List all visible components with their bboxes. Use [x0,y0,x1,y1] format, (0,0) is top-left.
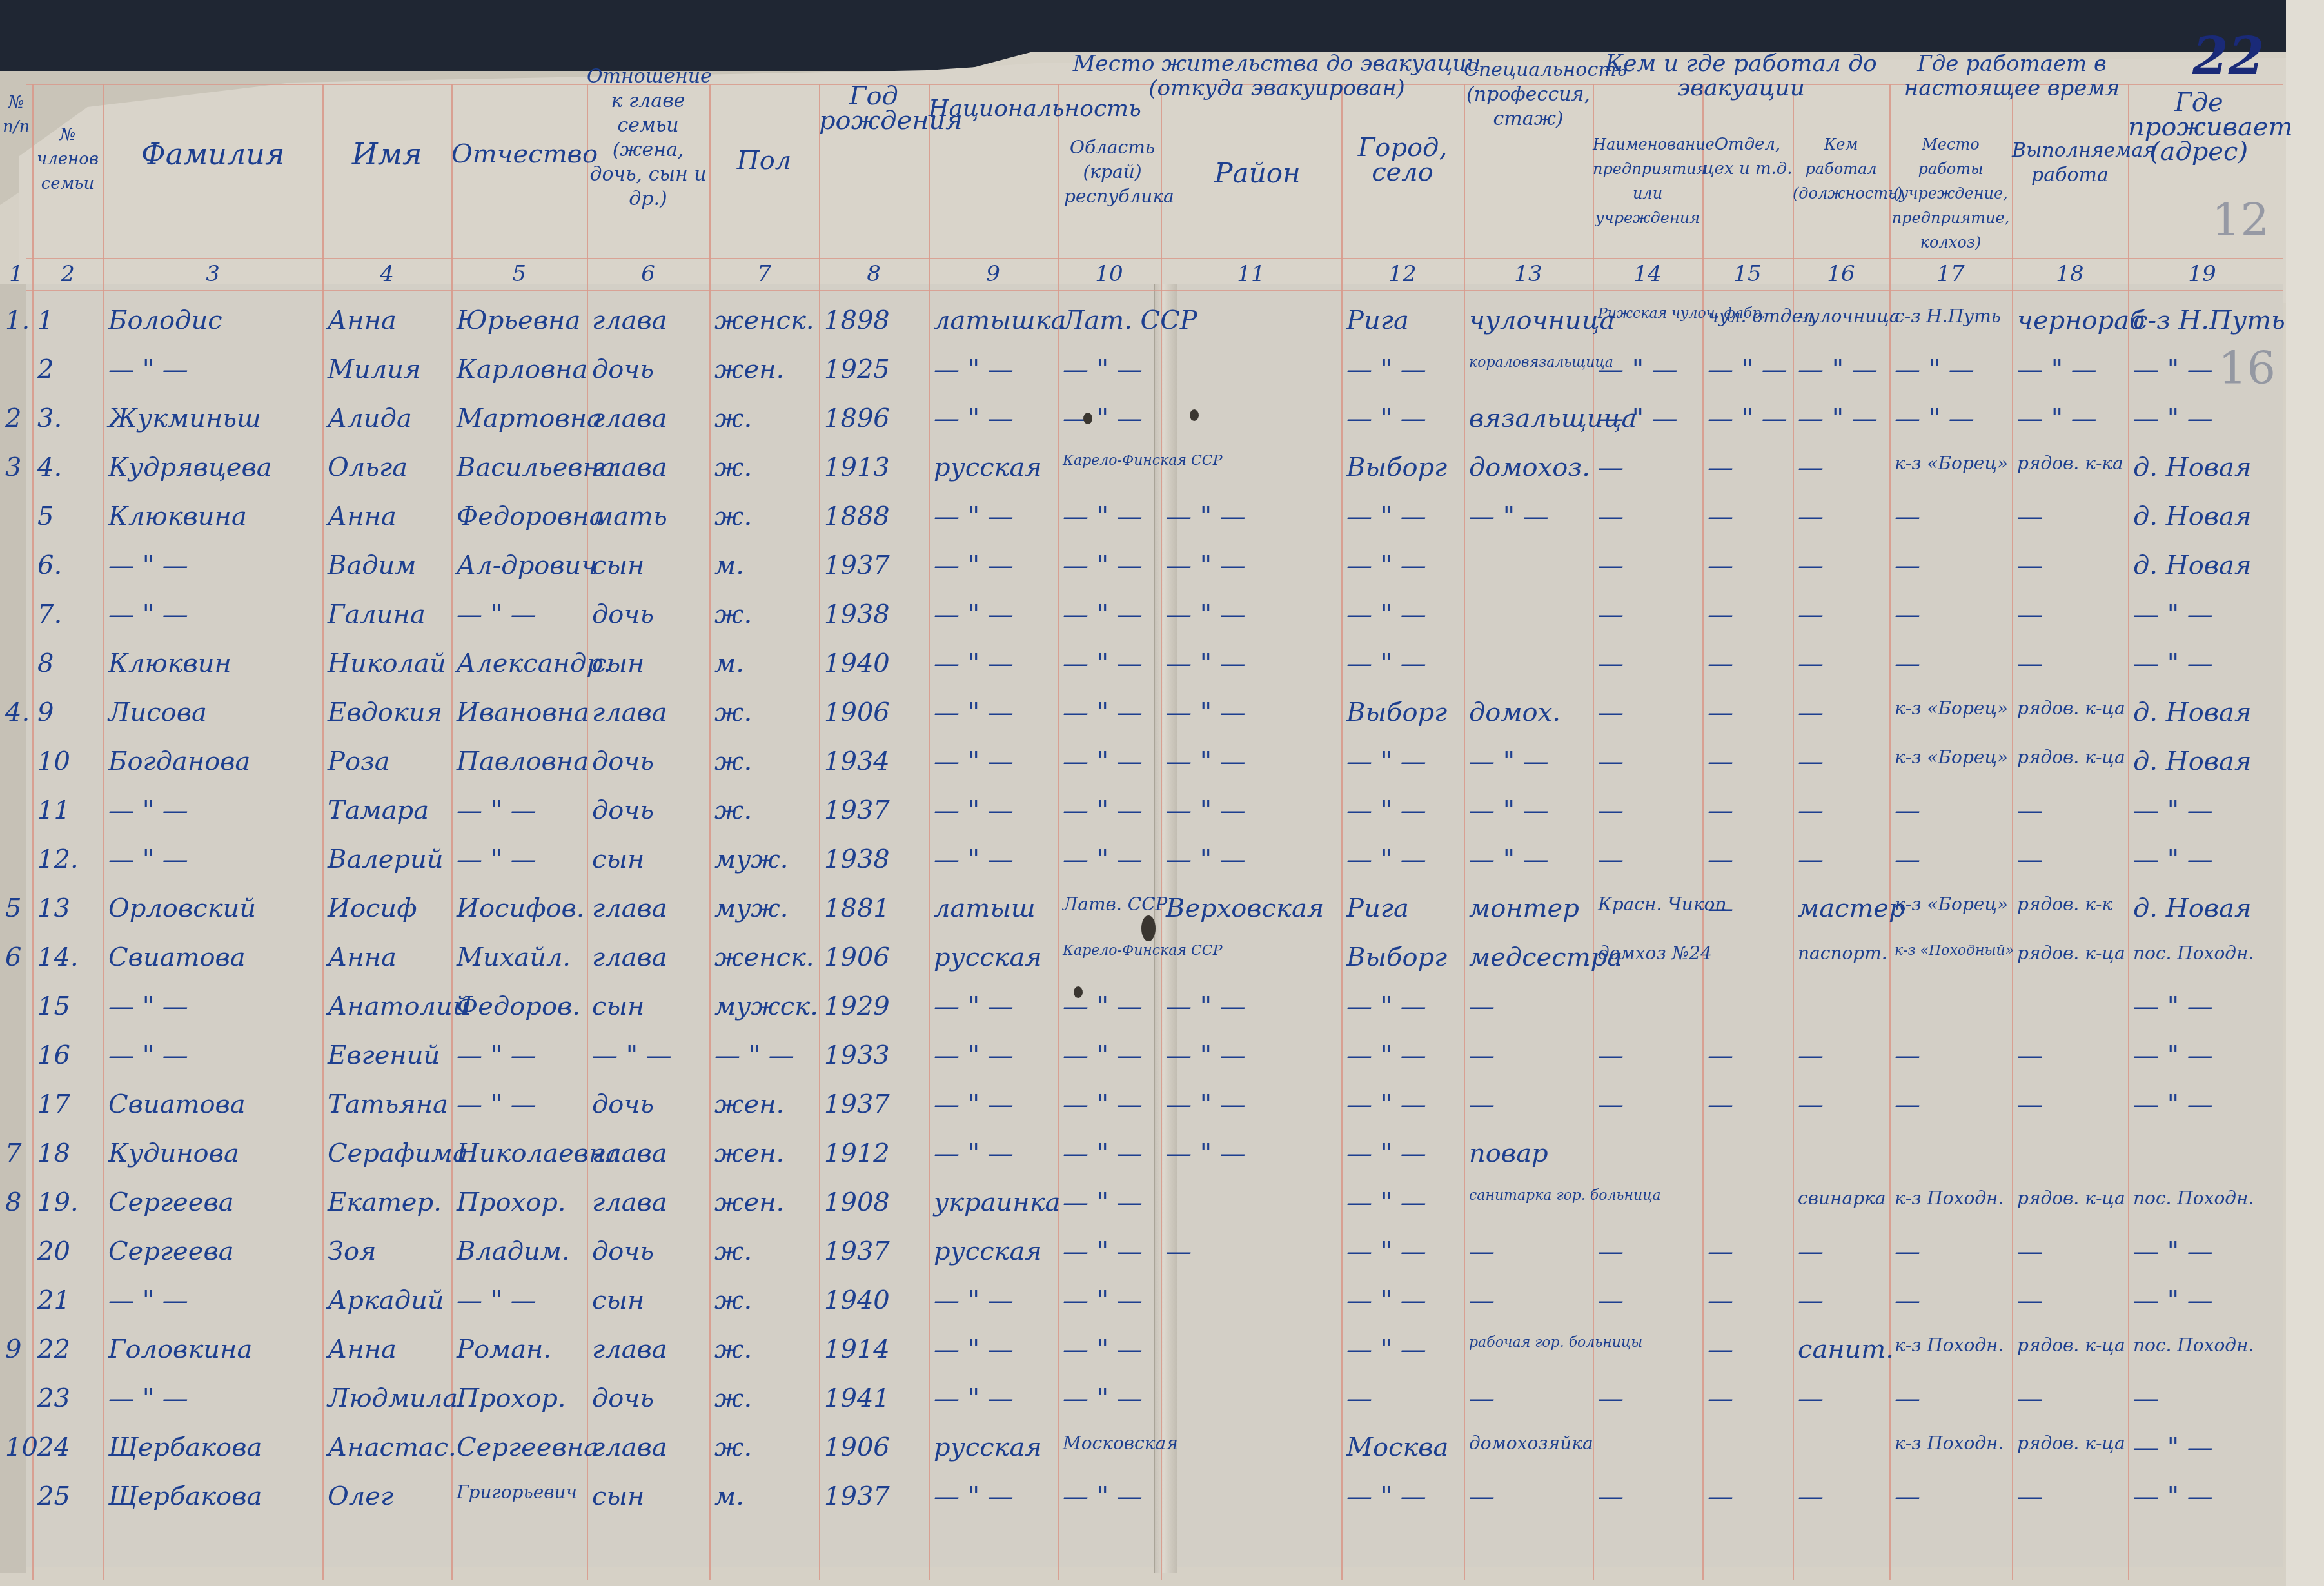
cell-address: — " — [2133,649,2275,678]
cell-enterprise: — [1598,698,1701,727]
cell-n: 14. [37,943,102,972]
cell-enterprise: — [1598,649,1701,678]
cell-nationality: украинка [934,1188,1056,1217]
cell-work-now: — [1895,1041,2011,1070]
cell-name: Анна [328,1335,450,1364]
header-rule [26,290,2283,291]
column-rule [929,84,930,1580]
column-number: 19 [2128,261,2276,287]
cell-job-now: — [2017,796,2127,825]
cell-dept: чул. отдел [1708,306,1791,327]
cell-patronymic: Николаевна [457,1139,586,1168]
cell-enterprise: — [1598,502,1701,531]
cell-year: 1933 [824,1041,927,1070]
cell-year: 1937 [824,1482,927,1511]
row-rule [26,1375,2283,1375]
cell-address: — " — [2133,992,2275,1021]
cell-address: — " — [2133,1482,2275,1511]
cell-year: 1938 [824,845,927,874]
cell-region: — " — [1063,355,1159,384]
row-rule [26,983,2283,983]
header-patronymic: Отчество [451,142,587,166]
row-rule [26,444,2283,444]
cell-fam: 6 [5,943,31,972]
cell-n: 1 [37,306,102,335]
cell-job-now: — [2017,1286,2127,1315]
cell-position: — [1798,1384,1888,1413]
cell-region: — " — [1063,1041,1159,1070]
header-work-place: Место работы (учреждение, предприятие, к… [1889,132,2012,255]
cell-job-now: чернораб [2017,306,2127,335]
cell-name: Евгений [328,1041,450,1070]
binding-hole [1074,986,1083,998]
cell-dept: — [1708,600,1791,629]
cell-specialty: — [1469,992,1591,1021]
cell-patronymic: Владим. [457,1237,586,1266]
cell-surname: Свиатова [108,1090,321,1119]
column-rule [587,84,588,1580]
cell-relation: глава [592,1188,708,1217]
cell-n: 20 [37,1237,102,1266]
cell-region: — " — [1063,1188,1159,1217]
cell-year: 1941 [824,1384,927,1413]
cell-sex: муж. [714,894,818,923]
cell-job-now: — [2017,502,2127,531]
header-surname: Фамилия [103,142,322,166]
cell-name: Анастас. [328,1433,450,1462]
cell-year: 1938 [824,600,927,629]
cell-nationality: русская [934,453,1056,482]
header-position: Кем работал (должность) [1793,132,1889,206]
cell-specialty: — [1469,1237,1591,1266]
cell-address: — " — [2133,1237,2275,1266]
cell-fam: 2 [5,404,31,433]
cell-n: 9 [37,698,102,727]
cell-dept: — [1708,1237,1791,1266]
register-sheet: № п/п № членов семьи Фамилия Имя Отчеств… [0,0,2324,1586]
cell-patronymic: — " — [457,796,586,825]
column-rule [103,84,104,1580]
row-rule [26,493,2283,493]
cell-n: 23 [37,1384,102,1413]
cell-address: — " — [2133,404,2275,433]
row-rule [26,836,2283,836]
cell-address: д. Новая [2133,747,2275,776]
cell-n: 8 [37,649,102,678]
row-rule [26,885,2283,885]
cell-city: — [1346,1384,1462,1413]
cell-year: 1925 [824,355,927,384]
cell-work-now: к-з «Походный» [1895,943,2011,959]
cell-position: — [1798,1041,1888,1070]
row-rule [26,787,2283,787]
cell-surname: Клюквина [108,502,321,531]
header-group-residence: Место жительства до эвакуации (откуда эв… [1070,52,1483,101]
header-col2: № членов семьи [32,122,103,196]
cell-name: Татьяна [328,1090,450,1119]
cell-surname: — " — [108,1286,321,1315]
row-rule [26,1522,2283,1522]
cell-address: с-з Н.Путь [2133,306,2275,335]
cell-region: — " — [1063,1237,1159,1266]
cell-district: — " — [1166,796,1340,825]
cell-city: — " — [1346,1286,1462,1315]
cell-position: — [1798,649,1888,678]
cell-nationality: — " — [934,1482,1056,1511]
cell-year: 1913 [824,453,927,482]
cell-dept: — [1708,1090,1791,1119]
cell-n: 2 [37,355,102,384]
cell-sex: м. [714,649,818,678]
cell-enterprise: — [1598,1237,1701,1266]
cell-fam: 3 [5,453,31,482]
cell-surname: Жукминьш [108,404,321,433]
cell-year: 1881 [824,894,927,923]
cell-dept: — [1708,1041,1791,1070]
cell-nationality: — " — [934,1139,1056,1168]
page-number: 22 [2192,26,2264,86]
cell-district: — " — [1166,992,1340,1021]
cell-job-now: — [2017,1237,2127,1266]
cell-relation: дочь [592,1384,708,1413]
cell-specialty: — [1469,1286,1591,1315]
cell-city: — " — [1346,1237,1462,1266]
cell-city: — " — [1346,355,1462,384]
cell-work-now: к-з Походн. [1895,1433,2011,1454]
cell-address: пос. Походн. [2133,1335,2275,1356]
cell-relation: глава [592,1433,708,1462]
column-number: 12 [1341,261,1464,287]
cell-surname: — " — [108,796,321,825]
cell-work-now: — [1895,1384,2011,1413]
header-specialty: Специальность (профессия, стаж) [1464,58,1593,132]
cell-relation: глава [592,306,708,335]
cell-city: — " — [1346,845,1462,874]
cell-fam: 9 [5,1335,31,1364]
cell-position: чулочница [1798,306,1888,327]
cell-city: — " — [1346,1139,1462,1168]
cell-name: Зоя [328,1237,450,1266]
cell-city: — " — [1346,1188,1462,1217]
cell-relation: дочь [592,1237,708,1266]
cell-patronymic: — " — [457,1090,586,1119]
cell-enterprise: — [1598,1286,1701,1315]
cell-city: Москва [1346,1433,1462,1462]
cell-surname: Сергеева [108,1188,321,1217]
cell-job-now: — [2017,1041,2127,1070]
column-number: 1 [0,261,32,287]
column-rule [451,84,453,1580]
cell-name: Евдокия [328,698,450,727]
cell-n: 22 [37,1335,102,1364]
cell-region: — " — [1063,796,1159,825]
cell-city: — " — [1346,1090,1462,1119]
cell-region: — " — [1063,404,1159,433]
cell-sex: жен. [714,1139,818,1168]
column-rule [2012,84,2013,1580]
cell-nationality: русская [934,943,1056,972]
cell-district: — " — [1166,600,1340,629]
cell-dept: — [1708,1286,1791,1315]
cell-position: — [1798,845,1888,874]
cell-patronymic: — " — [457,600,586,629]
cell-relation: дочь [592,600,708,629]
cell-enterprise: — [1598,845,1701,874]
cell-job-now: — [2017,1090,2127,1119]
cell-position: — " — [1798,355,1888,384]
cell-name: Ольга [328,453,450,482]
cell-specialty: вязальщица [1469,404,1591,433]
cell-specialty: домохоз. [1469,453,1591,482]
cell-specialty: домох. [1469,698,1591,727]
cell-address: — " — [2133,796,2275,825]
cell-year: 1906 [824,698,927,727]
cell-name: Людмила [328,1384,450,1413]
cell-work-now: — [1895,649,2011,678]
cell-position: — [1798,1482,1888,1511]
cell-district: Верховская [1166,894,1340,923]
cell-city: — " — [1346,796,1462,825]
cell-position: — [1798,600,1888,629]
cell-surname: Богданова [108,747,321,776]
cell-region: — " — [1063,1384,1159,1413]
cell-n: 21 [37,1286,102,1315]
header-address: Где проживает (адрес) [2128,90,2270,164]
cell-job-now: — [2017,551,2127,580]
cell-region: — " — [1063,1286,1159,1315]
cell-year: 1937 [824,1237,927,1266]
cell-address: д. Новая [2133,502,2275,531]
cell-position: — [1798,747,1888,776]
cell-nationality: — " — [934,845,1056,874]
cell-work-now: — " — [1895,404,2011,433]
cell-relation: глава [592,943,708,972]
cell-sex: мужск. [714,992,818,1021]
cell-year: 1934 [824,747,927,776]
cell-address: пос. Походн. [2133,1188,2275,1209]
column-rule [1464,84,1465,1580]
cell-sex: женск. [714,943,818,972]
cell-region: Карело-Финская ССР [1063,453,1159,469]
cell-surname: — " — [108,1384,321,1413]
cell-year: 1896 [824,404,927,433]
cell-name: Милия [328,355,450,384]
column-number: 14 [1593,261,1702,287]
cell-year: 1940 [824,649,927,678]
column-number: 15 [1702,261,1793,287]
cell-job-now: рядов. к-ка [2017,453,2127,474]
cell-work-now: — [1895,1482,2011,1511]
cell-city: Рига [1346,306,1462,335]
cell-year: 1929 [824,992,927,1021]
cell-nationality: — " — [934,355,1056,384]
cell-enterprise: Красн. Чикоп [1598,894,1701,915]
cell-work-now: к-з «Борец» [1895,698,2011,719]
column-number: 17 [1889,261,2012,287]
cell-sex: м. [714,1482,818,1511]
cell-name: Галина [328,600,450,629]
column-rule [709,84,711,1580]
cell-name: Николай [328,649,450,678]
row-rule [26,1277,2283,1277]
cell-sex: ж. [714,1286,818,1315]
cell-city: — " — [1346,600,1462,629]
row-rule [26,1228,2283,1228]
cell-job-now: рядов. к-ца [2017,698,2127,719]
column-rule [819,84,820,1580]
header-district: Район [1180,161,1335,186]
cell-n: 11 [37,796,102,825]
column-number: 4 [322,261,451,287]
cell-dept: — [1708,698,1791,727]
row-rule [26,346,2283,346]
cell-work-now: к-з «Борец» [1895,747,2011,768]
cell-relation: сын [592,551,708,580]
cell-n: 7. [37,600,102,629]
cell-specialty: домохозяйка [1469,1433,1591,1454]
cell-surname: Головкина [108,1335,321,1364]
cell-n: 16 [37,1041,102,1070]
header-rule [26,258,2283,259]
cell-relation: глава [592,1139,708,1168]
cell-specialty: — [1469,1384,1591,1413]
cell-n: 4. [37,453,102,482]
cell-dept: — [1708,502,1791,531]
cell-district: — " — [1166,1041,1340,1070]
cell-district: — " — [1166,698,1340,727]
cell-work-now: — [1895,502,2011,531]
cell-city: Выборг [1346,453,1462,482]
row-rule [26,542,2283,542]
cell-n: 17 [37,1090,102,1119]
cell-patronymic: — " — [457,1286,586,1315]
column-rule [1341,84,1343,1580]
header-job: Выполняемая работа [2012,139,2128,188]
cell-work-now: — [1895,1237,2011,1266]
next-page-edge [2286,0,2324,1586]
binding-spine [1154,284,1177,1573]
cell-position: свинарка [1798,1188,1888,1209]
cell-nationality: — " — [934,1090,1056,1119]
cell-dept: — [1708,551,1791,580]
cell-relation: глава [592,404,708,433]
cell-job-now: — [2017,1482,2127,1511]
cell-year: 1914 [824,1335,927,1364]
cell-patronymic: Ивановна [457,698,586,727]
cell-position: — [1798,453,1888,482]
cell-n: 12. [37,845,102,874]
column-number: 5 [451,261,587,287]
header-region: Область (край) республика [1064,135,1161,209]
cell-sex: ж. [714,1384,818,1413]
cell-year: 1940 [824,1286,927,1315]
cell-region: — " — [1063,649,1159,678]
row-rule [26,297,2283,297]
header-sex: Пол [709,148,819,173]
cell-sex: — " — [714,1041,818,1070]
cell-surname: Клюквин [108,649,321,678]
cell-fam: 7 [5,1139,31,1168]
cell-region: — " — [1063,1139,1159,1168]
cell-position: — [1798,796,1888,825]
cell-work-now: — [1895,1286,2011,1315]
row-rule [26,1179,2283,1179]
cell-relation: глава [592,1335,708,1364]
cell-patronymic: Карловна [457,355,586,384]
cell-specialty: — " — [1469,747,1591,776]
cell-surname: — " — [108,845,321,874]
row-rule [26,1081,2283,1081]
binding-hole [1190,409,1199,421]
cell-dept: — [1708,1482,1791,1511]
cell-city: Выборг [1346,698,1462,727]
cell-address: — " — [2133,600,2275,629]
cell-patronymic: Григорьевич [457,1482,586,1503]
cell-sex: ж. [714,404,818,433]
cell-patronymic: Васильевна [457,453,586,482]
cell-region: Латв. ССР [1063,894,1159,915]
cell-name: Екатер. [328,1188,450,1217]
cell-address: д. Новая [2133,551,2275,580]
cell-enterprise: — [1598,1482,1701,1511]
row-rule [26,1032,2283,1032]
cell-sex: м. [714,551,818,580]
cell-name: Анатолий [328,992,450,1021]
cell-city: — " — [1346,992,1462,1021]
column-number: 16 [1793,261,1889,287]
cell-n: 18 [37,1139,102,1168]
cell-position: — " — [1798,404,1888,433]
cell-job-now: рядов. к-ца [2017,1188,2127,1209]
cell-work-now: к-з Походн. [1895,1335,2011,1356]
cell-patronymic: Прохор. [457,1384,586,1413]
cell-work-now: — [1895,796,2011,825]
cell-position: санит. [1798,1335,1888,1364]
cell-specialty: — " — [1469,845,1591,874]
cell-n: 15 [37,992,102,1021]
cell-city: — " — [1346,747,1462,776]
cell-city: — " — [1346,404,1462,433]
cell-n: 6. [37,551,102,580]
cell-n: 13 [37,894,102,923]
cell-fam: 1. [5,306,31,335]
cell-surname: Болодис [108,306,321,335]
cell-position: — [1798,698,1888,727]
cell-year: 1937 [824,1090,927,1119]
cell-patronymic: Федоровна [457,502,586,531]
cell-relation: сын [592,1286,708,1315]
cell-position: — [1798,1090,1888,1119]
header-dept: Отдел, цех и т.д. [1702,132,1793,181]
cell-surname: — " — [108,992,321,1021]
header-city: Город, село [1341,135,1464,184]
cell-region: — " — [1063,747,1159,776]
cell-address: д. Новая [2133,698,2275,727]
cell-position: мастер [1798,894,1888,923]
cell-city: — " — [1346,502,1462,531]
header-nationality: Национальность [929,97,1058,121]
cell-nationality: русская [934,1433,1056,1462]
cell-address: — " — [2133,845,2275,874]
cell-specialty: рабочая гор. больницы [1469,1335,1591,1351]
cell-enterprise: домхоз №24 [1598,943,1701,964]
cell-sex: ж. [714,698,818,727]
cell-name: Тамара [328,796,450,825]
column-number: 2 [32,261,103,287]
cell-nationality: — " — [934,1286,1056,1315]
cell-address: д. Новая [2133,453,2275,482]
cell-nationality: — " — [934,1384,1056,1413]
